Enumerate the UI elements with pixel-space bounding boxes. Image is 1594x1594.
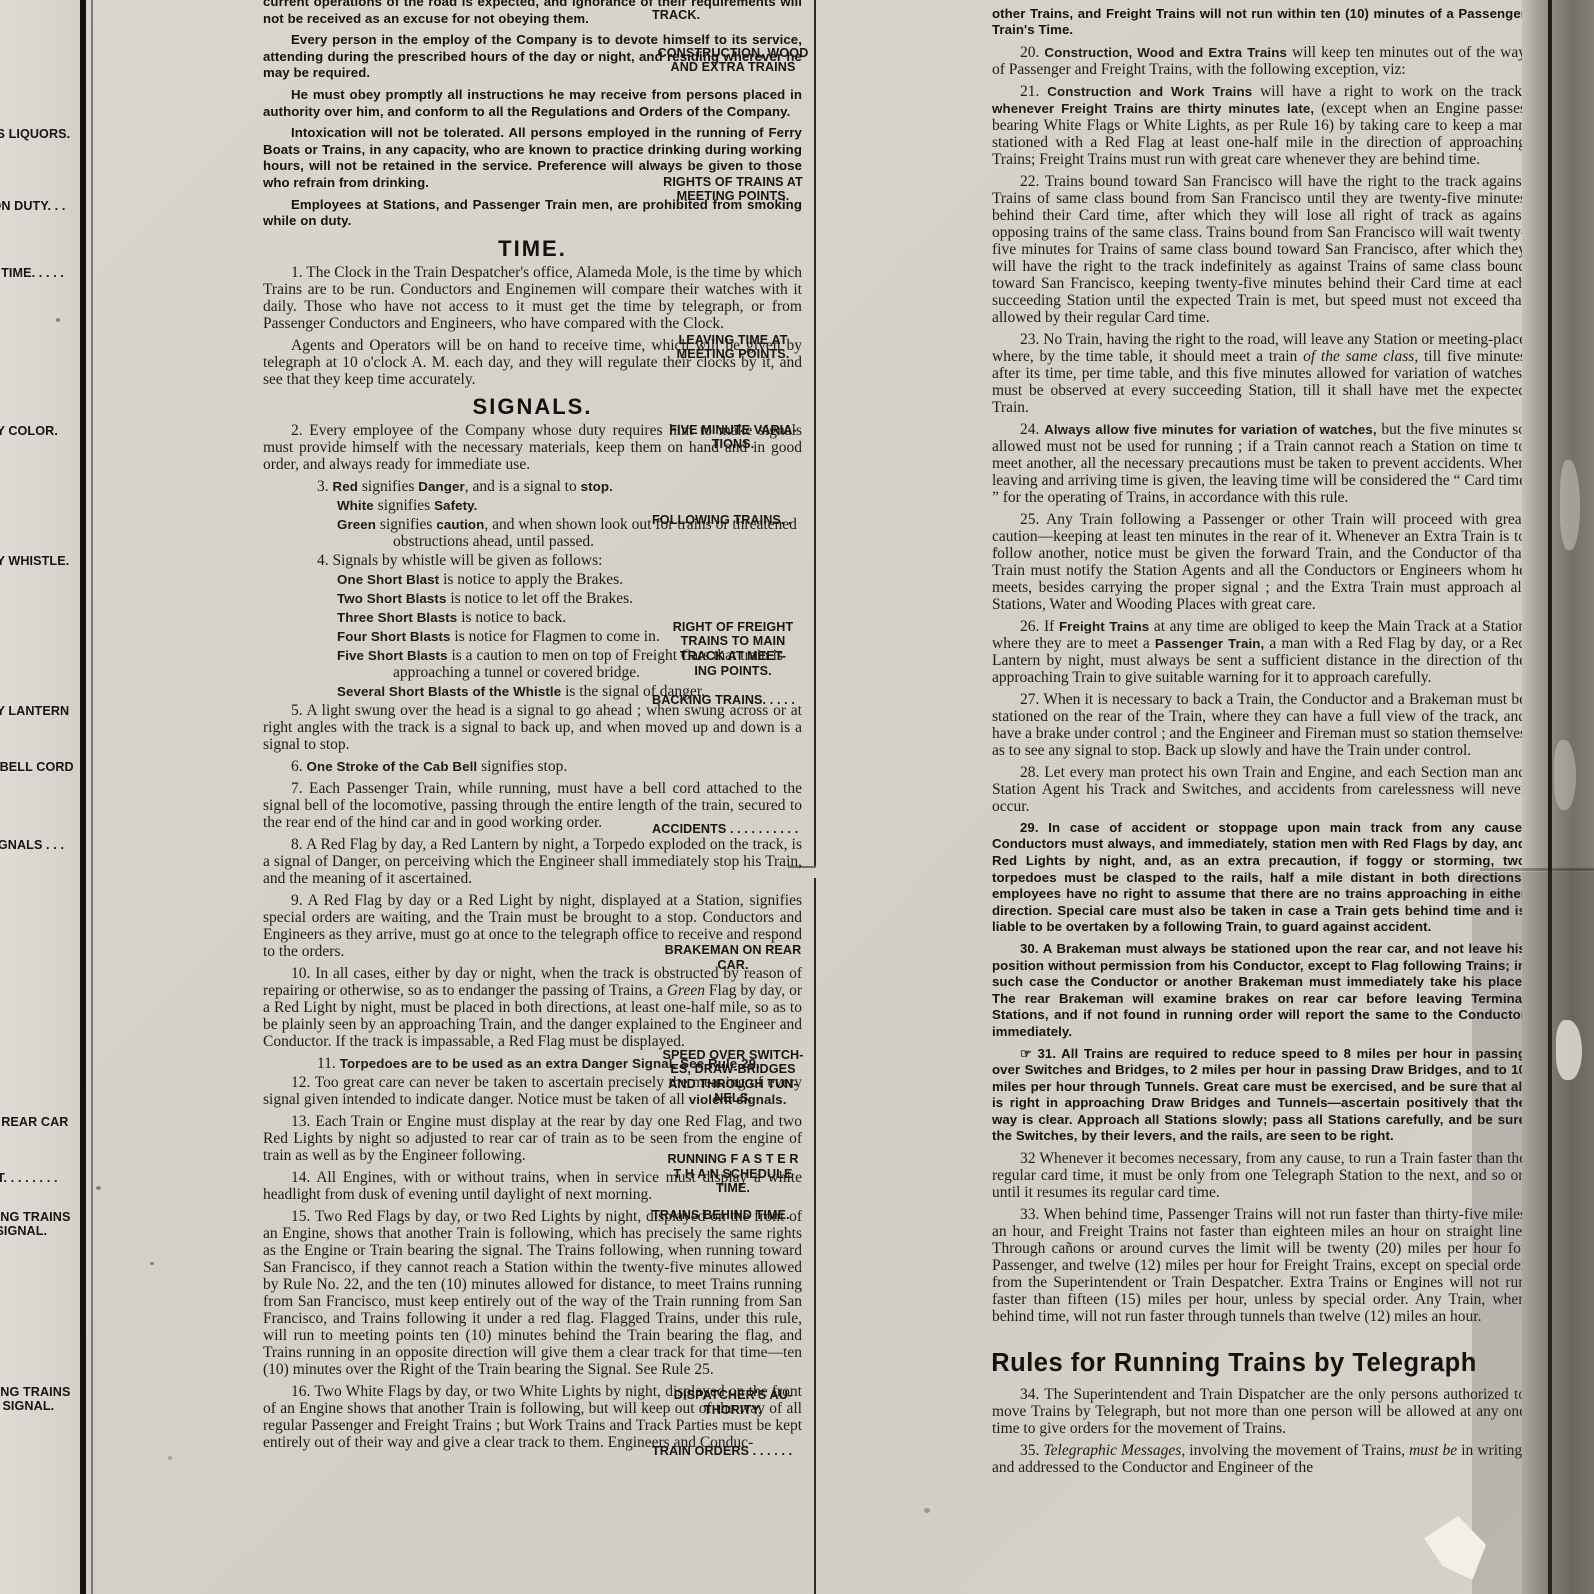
margin-label: FOLLOWING TRAINS WHITE SIGNAL.: [0, 1385, 85, 1414]
scan-seam-line: [1480, 868, 1594, 871]
margin-label: BACKING TRAINS. . . . .: [652, 693, 814, 708]
rule-paragraph: FOLLOWING TRAINS. .25. Any Train followi…: [822, 511, 1526, 613]
rule-paragraph: RIGHT OF FREIGHT TRAINS TO MAIN TRACK AT…: [822, 618, 1526, 686]
rule-paragraph: ACCIDENTS . . . . . . . . . .29. In case…: [822, 820, 1526, 936]
right-text-column: right of track over Freight and allTRACK…: [822, 0, 1526, 1481]
rule-paragraph: 21. Construction and Work Trains will ha…: [822, 83, 1526, 168]
column-divider-rule: [814, 0, 816, 1594]
paragraph-text: Two Short Blasts is notice to let off th…: [263, 590, 802, 607]
edge-highlight-blob: [1554, 740, 1576, 810]
margin-label: SIGNALS BY LANTERN: [0, 704, 85, 719]
rule-paragraph: SIGNAL BY BELL CORD6. One Stroke of the …: [95, 758, 802, 775]
paragraph-text: He must obey promptly all instructions h…: [263, 87, 802, 120]
paragraph-text: 26. If Freight Trains at any time are ob…: [992, 618, 1526, 686]
rule-paragraph: White signifies Safety.: [95, 497, 802, 514]
paragraph-text: 6. One Stroke of the Cab Bell signifies …: [263, 758, 802, 775]
paragraph-text: 1. The Clock in the Train Despatcher's o…: [263, 264, 802, 332]
rule-paragraph: SIGNALS BY LANTERN5. A light swung over …: [95, 702, 802, 753]
paragraph-text: 24. Always allow five minutes for variat…: [992, 421, 1526, 506]
rulebook-page-scan: current operations of the road is expect…: [0, 0, 1594, 1594]
paper-speck: [150, 1262, 154, 1265]
margin-label: SIGNALS BY WHISTLE.: [0, 554, 85, 569]
rule-paragraph: TRAIN ORDERS . . . . . .35. Telegraphic …: [822, 1442, 1526, 1476]
rule-paragraph: CONSTRUCTION, WOOD AND EXTRA TRAINS20. C…: [822, 44, 1526, 78]
paragraph-text: 21. Construction and Work Trains will ha…: [992, 83, 1526, 168]
rule-paragraph: RIGHTS OF TRAINS AT MEETING POINTS.22. T…: [822, 173, 1526, 326]
paragraph-text: ☞ 31. All Trains are required to reduce …: [992, 1046, 1526, 1146]
margin-label: TRAIN ORDERS . . . . . .: [652, 1444, 814, 1459]
rule-paragraph: FIVE MINUTE VARIA- TIONS.24. Always allo…: [822, 421, 1526, 506]
paragraph-text: 3. Red signifies Danger, and is a signal…: [263, 478, 802, 495]
rule-paragraph: STANDARD TIME. . . . .1. The Clock in th…: [95, 264, 802, 332]
margin-label: SPEED OVER SWITCH- ES, DRAW-BRIDGES AND …: [652, 1048, 814, 1106]
margin-label: DISPATCHER'S AU- THORITY.: [652, 1388, 814, 1417]
margin-label: ACCIDENTS . . . . . . . . . .: [652, 822, 814, 837]
paragraph-text: 23. No Train, having the right to the ro…: [992, 331, 1526, 416]
paragraph-text: other Trains, and Freight Trains will no…: [992, 6, 1526, 39]
heading-text: SIGNALS.: [263, 398, 802, 415]
paragraph-text: 27. When it is necessary to back a Train…: [992, 691, 1526, 759]
rule-paragraph: BACKING TRAINS. . . . .27. When it is ne…: [822, 691, 1526, 759]
rule-paragraph: SPEED OVER SWITCH- ES, DRAW-BRIDGES AND …: [822, 1046, 1526, 1146]
paper-speck: [994, 548, 998, 552]
margin-label: TRAINS BEHIND TIME.: [652, 1208, 814, 1223]
paragraph-text: 35. Telegraphic Messages, involving the …: [992, 1442, 1526, 1476]
rule-paragraph: 28. Let every man protect his own Train …: [822, 764, 1526, 815]
margin-label: SIGNALS BY COLOR.: [0, 424, 85, 439]
rule-paragraph: He must obey promptly all instructions h…: [95, 87, 802, 120]
paragraph-text: 15. Two Red Flags by day, or two Red Lig…: [263, 1208, 802, 1378]
left-border-rule-thin: [91, 0, 93, 1594]
paragraph-text: White signifies Safety.: [263, 497, 802, 514]
left-text-column: current operations of the road is expect…: [95, 0, 802, 1456]
book-edge-lower-shade: [1472, 872, 1594, 1594]
paragraph-text: 25. Any Train following a Passenger or o…: [992, 511, 1526, 613]
paper-speck: [168, 1456, 172, 1460]
margin-label: FOLLOWING TRAINS RED SIGNAL.: [0, 1210, 85, 1239]
margin-label: RIGHT OF FREIGHT TRAINS TO MAIN TRACK AT…: [652, 620, 814, 678]
paragraph-text: 20. Construction, Wood and Extra Trains …: [992, 44, 1526, 78]
paper-speck: [56, 318, 60, 322]
left-border-rule-thick: [80, 0, 86, 1594]
paragraph-text: 5. A light swung over the head is a sign…: [263, 702, 802, 753]
rule-paragraph: BRAKEMAN ON REAR CAR.30. A Brakeman must…: [822, 941, 1526, 1041]
margin-label: FIVE MINUTE VARIA- TIONS.: [652, 423, 814, 452]
edge-highlight-blob: [1560, 460, 1580, 550]
rule-paragraph: DANGER SIGNALS . . .8. A Red Flag by day…: [95, 836, 802, 887]
rule-paragraph: SIGNALS BY WHISTLE.4. Signals by whistle…: [95, 552, 802, 569]
margin-label: SIGNAL BY BELL CORD: [0, 760, 85, 775]
gutter-seam-mark: [788, 866, 816, 868]
rule-paragraph: 3. Red signifies Danger, and is a signal…: [95, 478, 802, 495]
paragraph-text: 30. A Brakeman must always be stationed …: [992, 941, 1526, 1041]
paragraph-text: One Short Blast is notice to apply the B…: [263, 571, 802, 588]
rule-paragraph: FOLLOWING TRAINS RED SIGNAL.15. Two Red …: [95, 1208, 802, 1378]
margin-label: BRAKEMAN ON REAR CAR.: [652, 943, 814, 972]
margin-label: SIGNAL ON REAR CAR: [0, 1115, 85, 1130]
margin-label: STANDARD TIME. . . . .: [0, 266, 85, 281]
heading-text: TIME.: [263, 240, 802, 257]
rule-paragraph: TRACK.other Trains, and Freight Trains w…: [822, 6, 1526, 39]
ink-smudge: [924, 1508, 930, 1513]
paper-speck: [96, 1186, 101, 1190]
paragraph-text: 4. Signals by whistle will be given as f…: [263, 552, 802, 569]
margin-label: RIGHTS OF TRAINS AT MEETING POINTS.: [652, 175, 814, 204]
margin-label: SPIRITUOUS LIQUORS.: [0, 127, 85, 142]
paragraph-text: 33. When behind time, Passenger Trains w…: [992, 1206, 1526, 1325]
rule-paragraph: One Short Blast is notice to apply the B…: [95, 571, 802, 588]
rule-paragraph: TRAINS BEHIND TIME.33. When behind time,…: [822, 1206, 1526, 1325]
margin-label: SMOKING ON DUTY. . .: [0, 199, 85, 214]
paragraph-text: 10. In all cases, either by day or night…: [263, 965, 802, 1050]
heading-text: Rules for Running Trains by Telegraph: [942, 1355, 1526, 1372]
margin-label: HEAD LIGHT. . . . . . . .: [0, 1171, 85, 1186]
rule-paragraph: right of track over Freight and all: [822, 0, 1526, 1]
rule-paragraph: Two Short Blasts is notice to let off th…: [95, 590, 802, 607]
rule-paragraph: RUNNING F A S T E R T H A N SCHEDULE TIM…: [822, 1150, 1526, 1201]
section-heading: SIGNALS.: [95, 398, 802, 415]
margin-label: CONSTRUCTION, WOOD AND EXTRA TRAINS: [652, 46, 814, 75]
paragraph-text: 22. Trains bound toward San Francisco wi…: [992, 173, 1526, 326]
paragraph-text: 34. The Superintendent and Train Dispatc…: [992, 1386, 1526, 1437]
rule-paragraph: DISPATCHER'S AU- THORITY.34. The Superin…: [822, 1386, 1526, 1437]
edge-highlight-blob: [1556, 1020, 1582, 1080]
margin-label: DANGER SIGNALS . . .: [0, 838, 85, 853]
paragraph-text: 32 Whenever it becomes necessary, from a…: [992, 1150, 1526, 1201]
left-page-margin: [0, 0, 80, 1594]
section-heading: TIME.: [95, 240, 802, 257]
margin-label: RUNNING F A S T E R T H A N SCHEDULE TIM…: [652, 1152, 814, 1196]
paragraph-text: 29. In case of accident or stoppage upon…: [992, 820, 1526, 936]
margin-label: FOLLOWING TRAINS. .: [652, 513, 814, 528]
rule-paragraph: LEAVING TIME AT MEETING POINTS.23. No Tr…: [822, 331, 1526, 416]
paragraph-text: 8. A Red Flag by day, a Red Lantern by n…: [263, 836, 802, 887]
rule-paragraph: 10. In all cases, either by day or night…: [95, 965, 802, 1050]
section-heading: Rules for Running Trains by Telegraph: [822, 1355, 1526, 1372]
paragraph-text: right of track over Freight and all: [992, 0, 1526, 1]
margin-label: LEAVING TIME AT MEETING POINTS.: [652, 333, 814, 362]
margin-label: TRACK.: [652, 8, 814, 23]
paragraph-text: 28. Let every man protect his own Train …: [992, 764, 1526, 815]
